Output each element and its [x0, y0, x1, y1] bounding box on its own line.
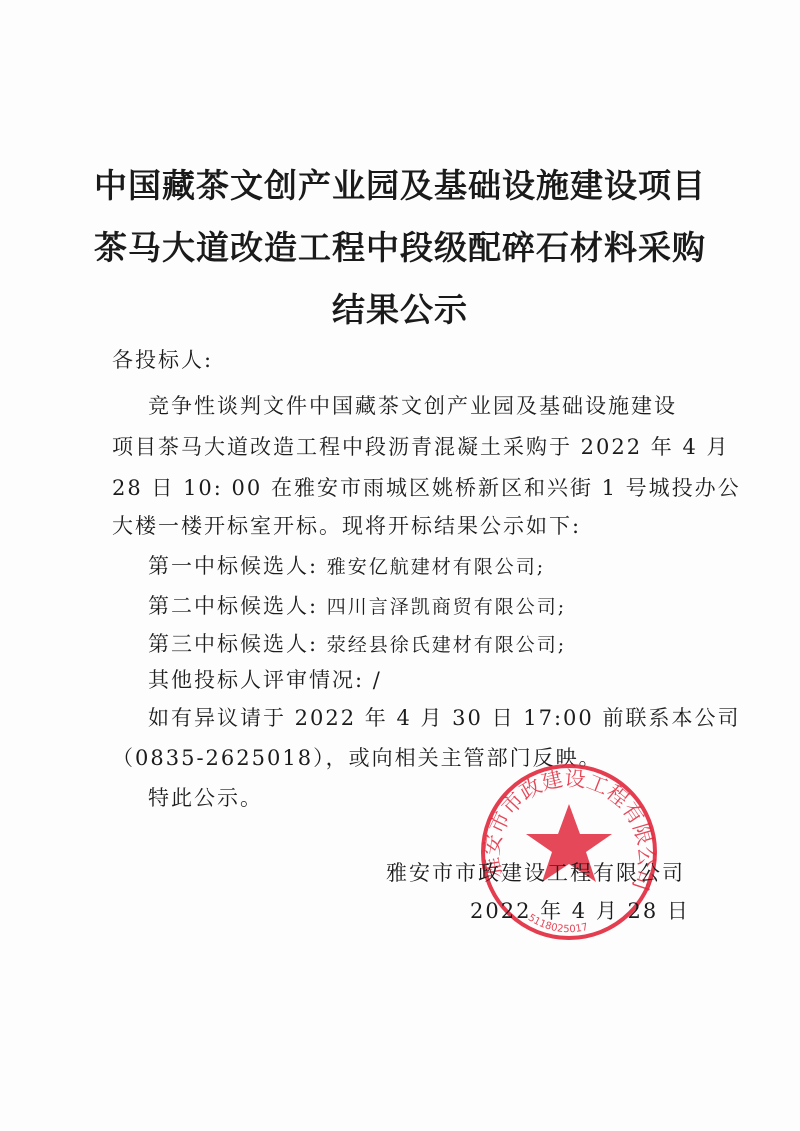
signature-date: 2022 年 4 月 28 日 [470, 895, 690, 925]
document-page: 中国藏茶文创产业园及基础设施建设项目 茶马大道改造工程中段级配碎石材料采购 结果… [0, 0, 800, 1131]
salutation: 各投标人: [112, 344, 213, 374]
title-line-2: 茶马大道改造工程中段级配碎石材料采购 [0, 222, 800, 269]
candidate-3: 第三中标候选人: 荥经县徐氏建材有限公司; [148, 628, 566, 658]
candidate-label: 第一中标候选人: [148, 554, 318, 578]
other-bidders: 其他投标人评审情况: / [148, 664, 382, 694]
candidate-1: 第一中标候选人: 雅安亿航建材有限公司; [148, 550, 545, 580]
closing-text: 特此公示。 [148, 782, 263, 812]
signature-company: 雅安市市政建设工程有限公司 [386, 857, 685, 887]
body-line-3: 28 日 10: 00 在雅安市雨城区姚桥新区和兴街 1 号城投办公 [112, 472, 741, 502]
objection-line-1: 如有异议请于 2022 年 4 月 30 日 17:00 前联系本公司 [148, 702, 740, 732]
body-line-1: 竞争性谈判文件中国藏茶文创产业园及基础设施建设 [148, 390, 677, 420]
candidate-label: 第三中标候选人: [148, 632, 318, 656]
candidate-2: 第二中标候选人: 四川言泽凯商贸有限公司; [148, 590, 566, 620]
candidate-name: 雅安亿航建材有限公司; [327, 556, 545, 578]
body-line-4: 大楼一楼开标室开标。现将开标结果公示如下: [112, 510, 581, 540]
title-line-1: 中国藏茶文创产业园及基础设施建设项目 [0, 160, 800, 207]
body-line-2: 项目茶马大道改造工程中段沥青混凝土采购于 2022 年 4 月 [112, 431, 730, 461]
candidate-name: 荥经县徐氏建材有限公司; [327, 634, 566, 656]
candidate-name: 四川言泽凯商贸有限公司; [327, 596, 566, 618]
title-line-3: 结果公示 [0, 284, 800, 331]
candidate-label: 第二中标候选人: [148, 594, 318, 618]
